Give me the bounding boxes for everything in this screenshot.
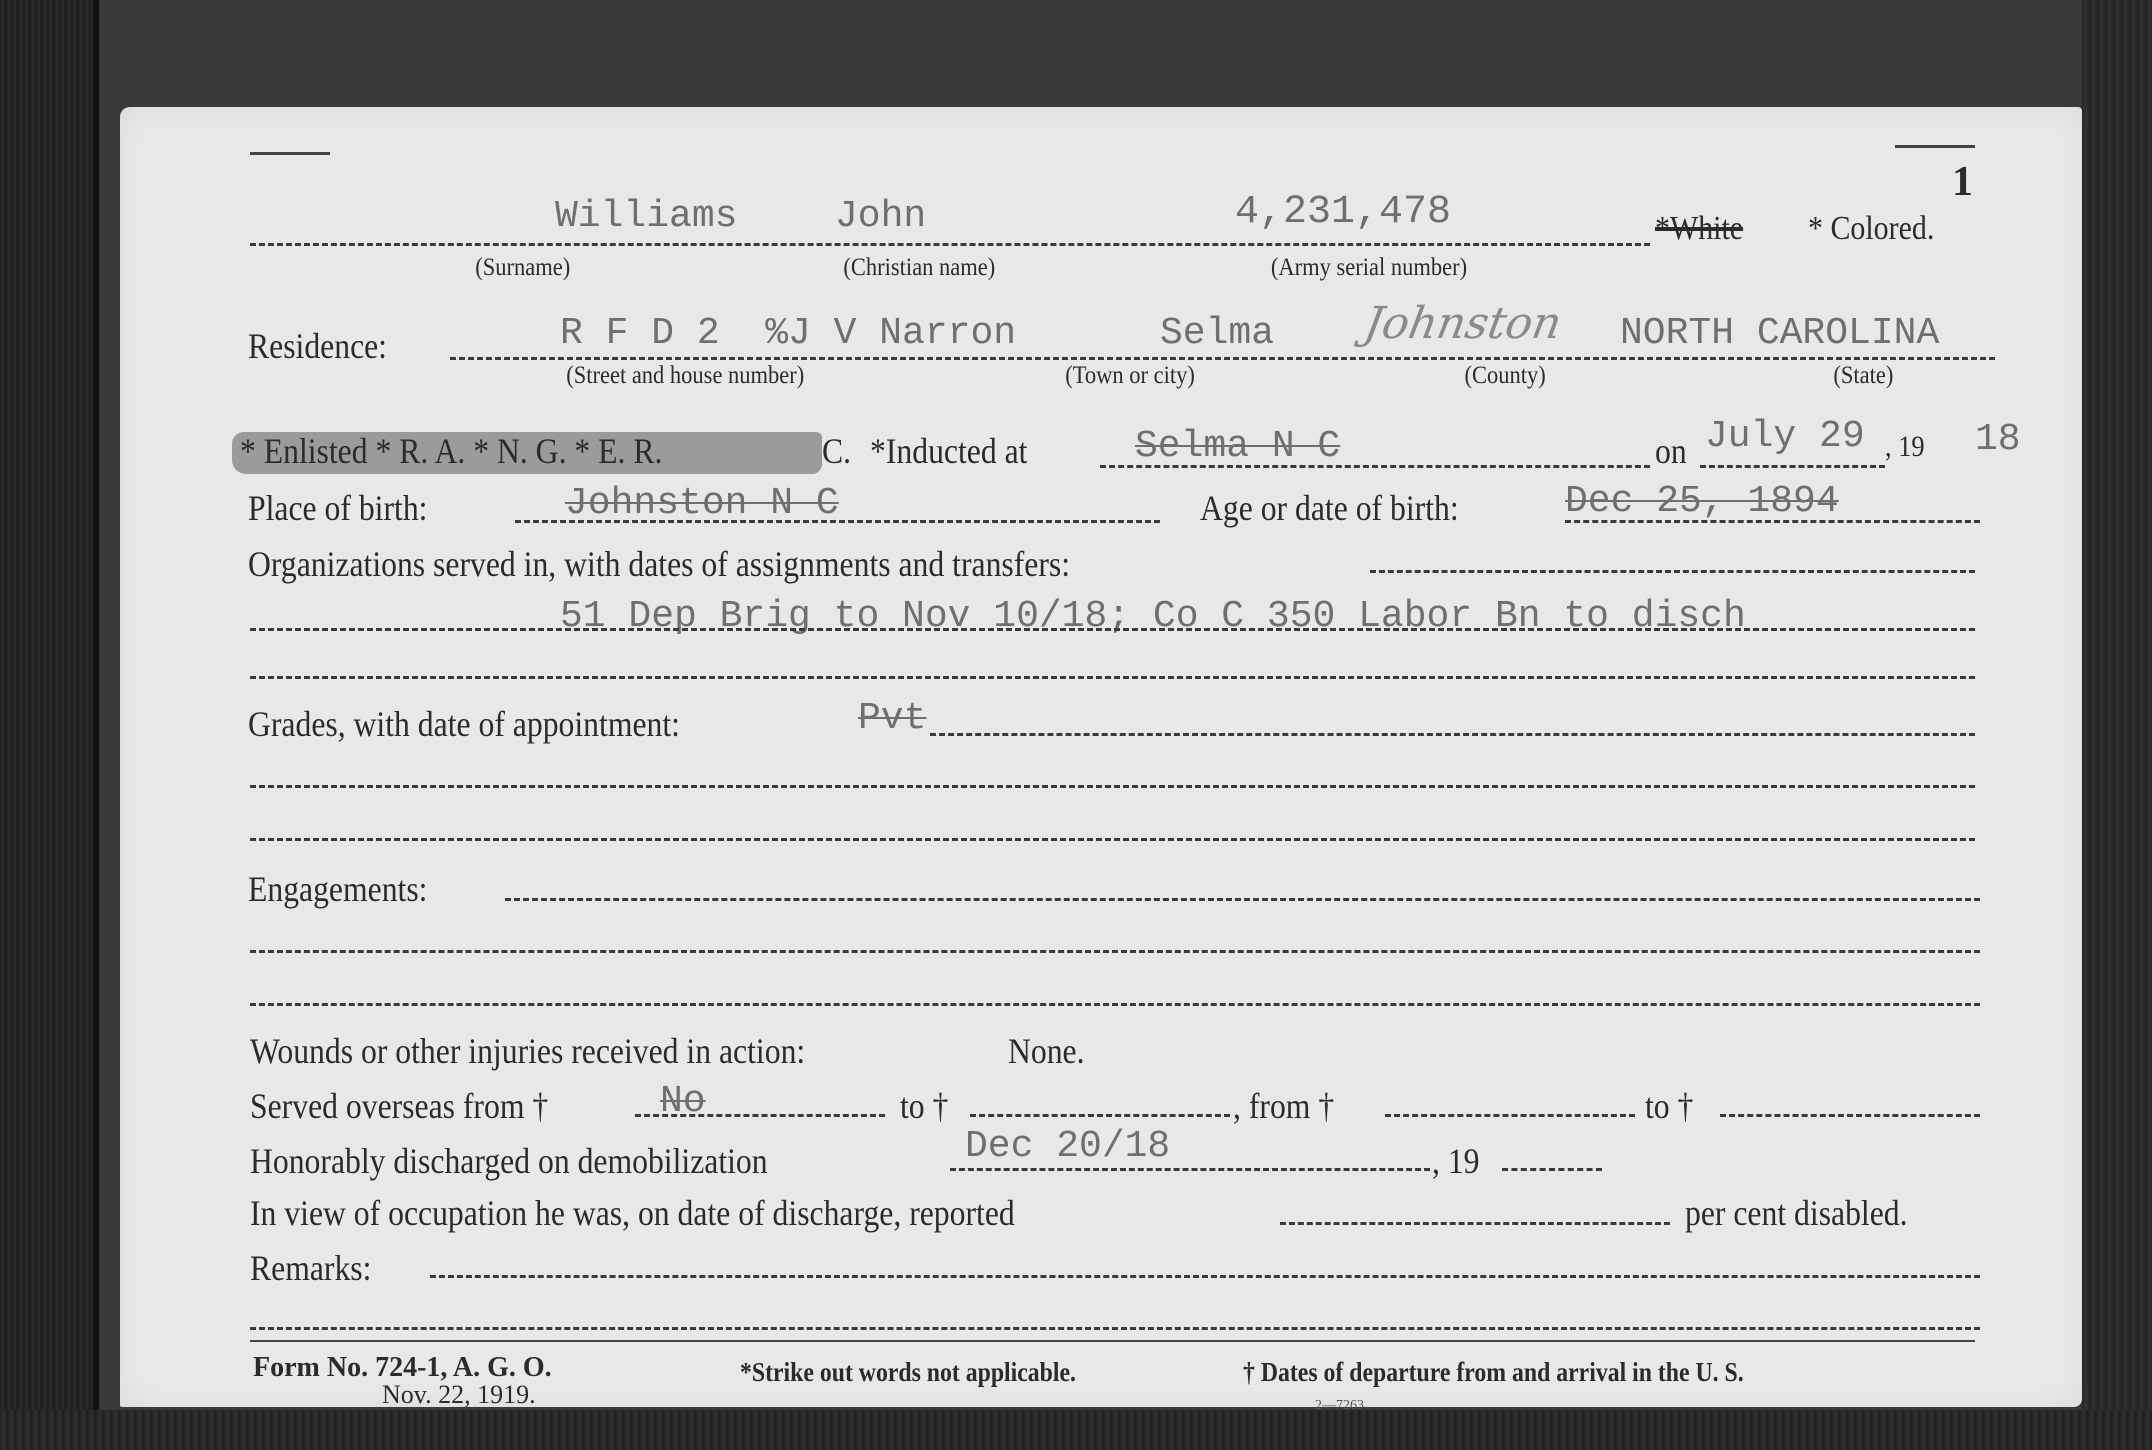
- discharge-label: Honorably discharged on demobilization: [250, 1140, 768, 1182]
- overseas-from-value: No: [660, 1080, 706, 1123]
- place-of-birth-value: Johnston N C: [565, 482, 839, 525]
- grades-line-0: [930, 733, 1975, 736]
- organizations-line-0: [1370, 570, 1975, 573]
- top-left-rule: [250, 152, 330, 155]
- discharge-year-line: [1502, 1168, 1602, 1171]
- print-code: 2—7263: [1315, 1398, 1364, 1414]
- remarks-line-0: [430, 1275, 1980, 1278]
- serial-number-value: 4,231,478: [1235, 190, 1451, 235]
- county-caption: (County): [1465, 362, 1546, 390]
- form-date: Nov. 22, 1919.: [382, 1380, 536, 1410]
- engagements-line-0: [505, 898, 1980, 901]
- date-of-birth-value: Dec 25, 1894: [1565, 480, 1839, 523]
- discharge-date-value: Dec 20/18: [965, 1125, 1170, 1168]
- overseas-to-line: [970, 1114, 1230, 1117]
- disability-line: [1280, 1222, 1670, 1225]
- date-of-birth-label: Age or date of birth:: [1200, 487, 1459, 529]
- residence-town-value: Selma: [1160, 312, 1274, 355]
- overseas-from2-label: , from †: [1233, 1085, 1334, 1127]
- residence-state-value: NORTH CAROLINA: [1620, 312, 1939, 355]
- enlistment-options-struck: * Enlisted * R. A. * N. G. * E. R.: [240, 430, 662, 472]
- grades-label: Grades, with date of appointment:: [248, 703, 680, 745]
- christian-name-value: John: [835, 195, 926, 238]
- residence-street-value: R F D 2 %J V Narron: [560, 312, 1016, 355]
- year-prefix: , 19: [1885, 430, 1925, 464]
- race-colored: * Colored.: [1808, 210, 1934, 248]
- organizations-line-2: [250, 676, 1975, 679]
- dagger-note: † Dates of departure from and arrival in…: [1243, 1357, 1744, 1388]
- remarks-line-1: [250, 1327, 1980, 1330]
- disability-suffix: per cent disabled.: [1685, 1192, 1908, 1234]
- residence-line: [450, 357, 1995, 360]
- street-caption: (Street and house number): [566, 362, 804, 390]
- surname-caption: (Surname): [475, 254, 570, 282]
- background-bottom-strip: [0, 1410, 2152, 1450]
- remarks-label: Remarks:: [250, 1247, 371, 1289]
- on-label: on: [1655, 430, 1687, 472]
- inducted-at-value: Selma N C: [1135, 425, 1340, 468]
- induction-date-line: [1700, 465, 1885, 468]
- engagements-label: Engagements:: [248, 868, 427, 910]
- overseas-from-label: Served overseas from †: [250, 1085, 548, 1127]
- disability-label: In view of occupation he was, on date of…: [250, 1192, 1015, 1234]
- race-white-struck: *White: [1655, 210, 1743, 248]
- grades-line-2: [250, 838, 1975, 841]
- wounds-value: None.: [1008, 1030, 1085, 1072]
- grades-line-1: [250, 785, 1975, 788]
- enlistment-options-tail: C.: [822, 430, 851, 472]
- card-number: 1: [1952, 158, 1973, 206]
- overseas-to2-line: [1720, 1114, 1980, 1117]
- organizations-value: 51 Dep Brig to Nov 10/18; Co C 350 Labor…: [560, 595, 1746, 638]
- background-seam: [93, 0, 99, 1450]
- surname-value: Williams: [555, 195, 737, 238]
- place-of-birth-label: Place of birth:: [248, 487, 427, 529]
- strike-note: *Strike out words not applicable.: [740, 1357, 1076, 1388]
- discharge-year-suffix: , 19: [1432, 1140, 1480, 1182]
- overseas-to2-label: to †: [1645, 1085, 1693, 1127]
- christian-name-caption: (Christian name): [843, 254, 995, 282]
- town-caption: (Town or city): [1065, 362, 1195, 390]
- residence-county-value: Johnston: [1361, 298, 1566, 349]
- discharge-line: [950, 1168, 1430, 1171]
- background-left-strip: [0, 0, 95, 1450]
- overseas-from2-line: [1385, 1114, 1635, 1117]
- residence-label: Residence:: [248, 325, 387, 367]
- wounds-label: Wounds or other injuries received in act…: [250, 1030, 805, 1072]
- state-caption: (State): [1833, 362, 1893, 390]
- name-line: [250, 243, 1650, 246]
- induction-year-value: 18: [1975, 418, 2021, 461]
- top-right-rule: [1895, 145, 1975, 148]
- footer-rule: [250, 1340, 1975, 1342]
- background-right-strip: [2082, 0, 2152, 1450]
- organizations-line-1: [250, 628, 1975, 631]
- overseas-to-label: to †: [900, 1085, 948, 1127]
- inducted-label: *Inducted at: [870, 430, 1027, 472]
- grades-value: Pvt: [858, 697, 926, 740]
- serial-caption: (Army serial number): [1271, 254, 1467, 282]
- engagements-line-1: [250, 950, 1980, 953]
- induction-date-value: July 29: [1705, 415, 1865, 458]
- engagements-line-2: [250, 1003, 1980, 1006]
- organizations-label: Organizations served in, with dates of a…: [248, 543, 1070, 585]
